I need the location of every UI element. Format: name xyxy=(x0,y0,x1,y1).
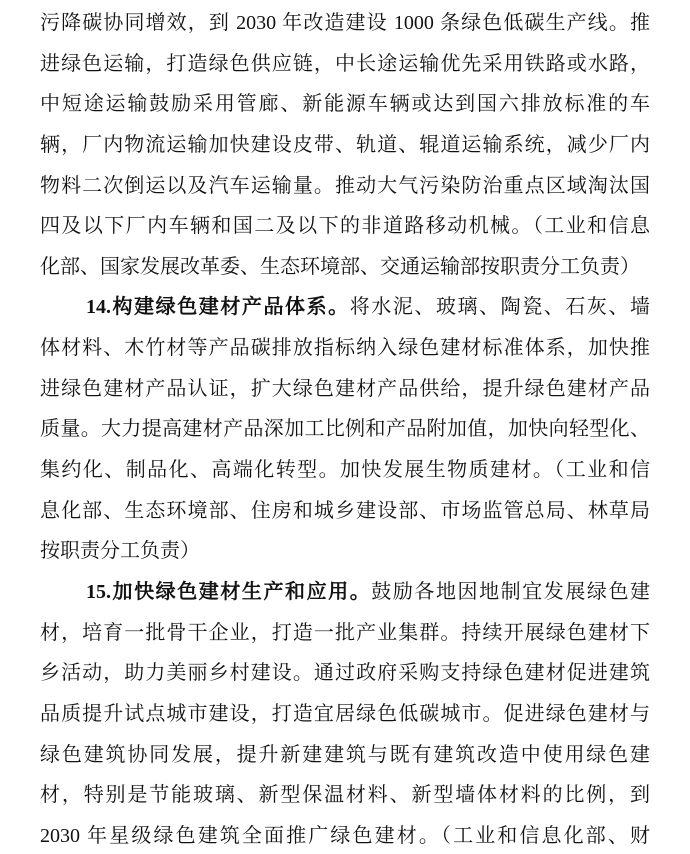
text-line: 体材料、木竹材等产品碳排放指标纳入绿色建材标准体系，加快推 xyxy=(40,328,650,369)
text-line: 乡活动，助力美丽乡村建设。通过政府采购支持绿色建材促进建筑 xyxy=(40,653,650,694)
document-page: 污降碳协同增效，到 2030 年改造建设 1000 条绿色低碳生产线。推进绿色运… xyxy=(0,0,690,854)
line-text: 污降碳协同增效，到 2030 年改造建设 1000 条绿色低碳生产线。推 xyxy=(40,12,650,34)
line-text: 材，特别是节能玻璃、新型保温材料、新型墙体材料的比例，到 xyxy=(40,784,650,806)
text-line: 15.加快绿色建材生产和应用。鼓励各地因地制宜发展绿色建 xyxy=(40,572,650,613)
line-text: 2030 年星级绿色建筑全面推广绿色建材。（工业和信息化部、财 xyxy=(40,825,650,847)
line-text: 进绿色建材产品认证，扩大绿色建材产品供给，提升绿色建材产品 xyxy=(40,378,650,400)
line-text: 中短途运输鼓励采用管廊、新能源车辆或达到国六排放标准的车 xyxy=(40,93,650,115)
line-text: 按职责分工负责） xyxy=(40,540,200,562)
text-line: 化部、国家发展改革委、生态环境部、交通运输部按职责分工负责） xyxy=(40,247,650,288)
line-text: 品质提升试点城市建设，打造宜居绿色低碳城市。促进绿色建材与 xyxy=(40,703,650,725)
text-line: 辆，厂内物流运输加快建设皮带、轨道、辊道运输系统，减少厂内 xyxy=(40,125,650,166)
line-text: 物料二次倒运以及汽车运输量。推动大气污染防治重点区域淘汰国 xyxy=(40,175,650,197)
text-line: 息化部、生态环境部、住房和城乡建设部、市场监管总局、林草局 xyxy=(40,491,650,532)
text-line: 品质提升试点城市建设，打造宜居绿色低碳城市。促进绿色建材与 xyxy=(40,694,650,735)
text-line: 材，培育一批骨干企业，打造一批产业集群。持续开展绿色建材下 xyxy=(40,613,650,654)
line-text: 鼓励各地因地制宜发展绿色建 xyxy=(371,581,650,603)
body-paragraph: 污降碳协同增效，到 2030 年改造建设 1000 条绿色低碳生产线。推进绿色运… xyxy=(40,3,650,287)
line-text: 进绿色运输，打造绿色供应链，中长途运输优先采用铁路或水路， xyxy=(40,53,650,75)
clause-paragraph: 14.构建绿色建材产品体系。将水泥、玻璃、陶瓷、石灰、墙体材料、木竹材等产品碳排… xyxy=(40,287,650,571)
text-line: 进绿色建材产品认证，扩大绿色建材产品供给，提升绿色建材产品 xyxy=(40,369,650,410)
line-text: 绿色建筑协同发展，提升新建建筑与既有建筑改造中使用绿色建 xyxy=(40,744,650,766)
line-text: 质量。大力提高建材产品深加工比例和产品附加值，加快向轻型化、 xyxy=(40,418,650,440)
text-line: 中短途运输鼓励采用管廊、新能源车辆或达到国六排放标准的车 xyxy=(40,84,650,125)
text-line: 材，特别是节能玻璃、新型保温材料、新型墙体材料的比例，到 xyxy=(40,775,650,816)
line-text: 四及以下厂内车辆和国二及以下的非道路移动机械。（工业和信息 xyxy=(40,215,650,237)
line-text: 乡活动，助力美丽乡村建设。通过政府采购支持绿色建材促进建筑 xyxy=(40,662,650,684)
line-text: 将水泥、玻璃、陶瓷、石灰、墙 xyxy=(350,296,650,318)
line-text: 集约化、制品化、高端化转型。加快发展生物质建材。（工业和信 xyxy=(40,459,650,481)
document-body: 污降碳协同增效，到 2030 年改造建设 1000 条绿色低碳生产线。推进绿色运… xyxy=(40,3,650,854)
clause-heading: 14.构建绿色建材产品体系。 xyxy=(86,296,350,318)
text-line: 质量。大力提高建材产品深加工比例和产品附加值，加快向轻型化、 xyxy=(40,409,650,450)
line-text: 体材料、木竹材等产品碳排放指标纳入绿色建材标准体系，加快推 xyxy=(40,337,650,359)
text-line: 2030 年星级绿色建筑全面推广绿色建材。（工业和信息化部、财 xyxy=(40,816,650,854)
text-line: 按职责分工负责） xyxy=(40,531,650,572)
text-line: 物料二次倒运以及汽车运输量。推动大气污染防治重点区域淘汰国 xyxy=(40,166,650,207)
text-line: 14.构建绿色建材产品体系。将水泥、玻璃、陶瓷、石灰、墙 xyxy=(40,287,650,328)
text-line: 四及以下厂内车辆和国二及以下的非道路移动机械。（工业和信息 xyxy=(40,206,650,247)
text-line: 污降碳协同增效，到 2030 年改造建设 1000 条绿色低碳生产线。推 xyxy=(40,3,650,44)
line-text: 息化部、生态环境部、住房和城乡建设部、市场监管总局、林草局 xyxy=(40,500,650,522)
text-line: 进绿色运输，打造绿色供应链，中长途运输优先采用铁路或水路， xyxy=(40,44,650,85)
line-text: 化部、国家发展改革委、生态环境部、交通运输部按职责分工负责） xyxy=(40,256,640,278)
line-text: 材，培育一批骨干企业，打造一批产业集群。持续开展绿色建材下 xyxy=(40,622,650,644)
clause-heading: 15.加快绿色建材生产和应用。 xyxy=(86,581,371,603)
clause-paragraph: 15.加快绿色建材生产和应用。鼓励各地因地制宜发展绿色建材，培育一批骨干企业，打… xyxy=(40,572,650,854)
line-text: 辆，厂内物流运输加快建设皮带、轨道、辊道运输系统，减少厂内 xyxy=(40,134,650,156)
text-line: 集约化、制品化、高端化转型。加快发展生物质建材。（工业和信 xyxy=(40,450,650,491)
text-line: 绿色建筑协同发展，提升新建建筑与既有建筑改造中使用绿色建 xyxy=(40,735,650,776)
